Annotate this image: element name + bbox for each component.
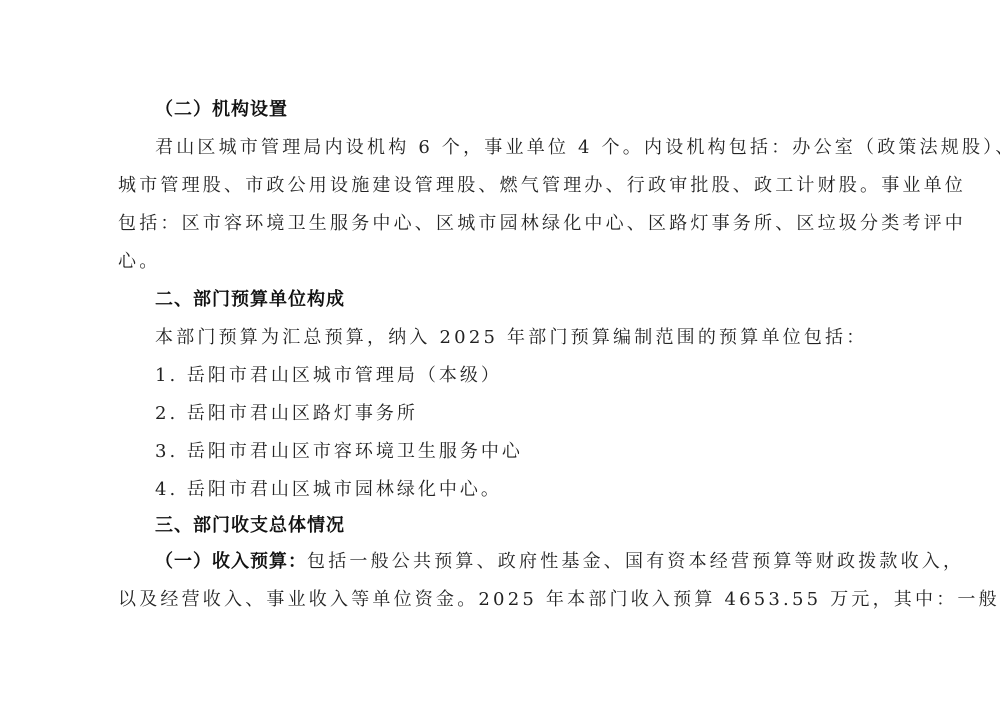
paragraph-line: 心。 bbox=[118, 250, 888, 274]
paragraph-intro: 本部门预算为汇总预算，纳入 2025 年部门预算编制范围的预算单位包括： bbox=[155, 326, 925, 350]
income-budget-label: （一）收入预算： bbox=[155, 551, 307, 572]
paragraph-line: 城市管理股、市政公用设施建设管理股、燃气管理办、行政审批股、政工计财股。事业单位 bbox=[118, 174, 888, 198]
section-heading-budget-units: 二、部门预算单位构成 bbox=[155, 288, 925, 312]
paragraph-line: 包括：区市容环境卫生服务中心、区城市园林绿化中心、区路灯事务所、区垃圾分类考评中 bbox=[118, 212, 888, 236]
income-budget-text: 包括一般公共预算、政府性基金、国有资本经营预算等财政拨款收入， bbox=[307, 551, 964, 572]
budget-unit-item: 2. 岳阳市君山区路灯事务所 bbox=[155, 402, 925, 426]
budget-unit-item: 1. 岳阳市君山区城市管理局（本级） bbox=[155, 364, 925, 388]
paragraph-line: 以及经营收入、事业收入等单位资金。2025 年本部门收入预算 4653.55 万… bbox=[118, 588, 888, 612]
document-page: （二）机构设置 君山区城市管理局内设机构 6 个，事业单位 4 个。内设机构包括… bbox=[0, 0, 1000, 706]
budget-unit-item: 3. 岳阳市君山区市容环境卫生服务中心 bbox=[155, 440, 925, 464]
paragraph-line-income: （一）收入预算：包括一般公共预算、政府性基金、国有资本经营预算等财政拨款收入， bbox=[155, 550, 925, 574]
section-heading-revenue-expenditure: 三、部门收支总体情况 bbox=[155, 514, 925, 538]
subsection-heading-institution-setup: （二）机构设置 bbox=[155, 98, 925, 122]
budget-unit-item: 4. 岳阳市君山区城市园林绿化中心。 bbox=[155, 478, 925, 502]
paragraph-line: 君山区城市管理局内设机构 6 个，事业单位 4 个。内设机构包括：办公室（政策法… bbox=[155, 136, 888, 160]
